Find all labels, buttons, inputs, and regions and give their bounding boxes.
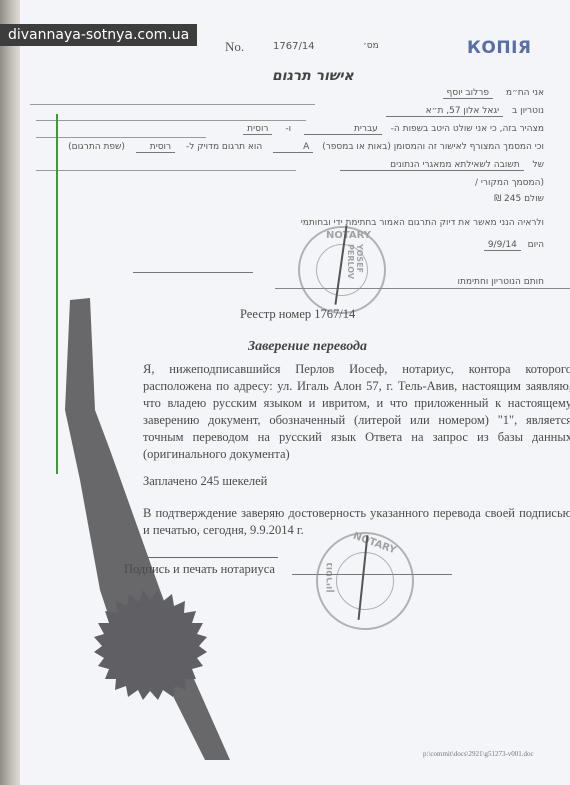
- form-row-name: אני הח״מ פרלוב יוסף: [304, 88, 544, 98]
- document-page: No. 1767/14 מס׳ КОПІЯ אישור תרגום אני הח…: [20, 0, 570, 785]
- signature-line-left: [133, 272, 253, 273]
- form-line: [36, 170, 296, 171]
- register-number: Реестр номер 1767/14: [240, 306, 355, 323]
- stamp-notary-text: NOTARY: [326, 230, 371, 241]
- form-line: [30, 104, 315, 105]
- target-language-hint: (שפת התרגום): [68, 142, 125, 152]
- of-label: של: [533, 160, 545, 170]
- number-label: No.: [225, 39, 244, 55]
- paid-amount-hebrew: שולם 245 ₪: [494, 194, 544, 204]
- signature-line: [124, 557, 278, 558]
- address-label: נוטריון ב: [512, 106, 544, 116]
- form-row-document: וכי המסמך המצורף לאישור זה והמסומן (באות…: [24, 142, 544, 152]
- document-label: וכי המסמך המצורף לאישור זה והמסומן (באות…: [322, 142, 544, 152]
- watermark-label: divannaya-sotnya.com.ua: [0, 24, 197, 46]
- russian-title: Заверение перевода: [248, 339, 367, 355]
- certification-paragraph: Я, нижеподписавшийся Перлов Иосеф, нотар…: [143, 361, 570, 463]
- number-hebrew-label: מס׳: [363, 41, 379, 51]
- number-value: 1767/14: [273, 41, 315, 52]
- notary-name: פרלוב יוסף: [443, 88, 493, 99]
- scan-left-edge: [0, 0, 22, 785]
- stamp-name-en: YOSEF PERLOV: [346, 244, 364, 302]
- form-row-languages: מצהיר בזה, כי אני שולט היטב בשפות ה- עבר…: [24, 124, 544, 134]
- form-line: [36, 137, 206, 138]
- document-mark: A: [273, 142, 313, 153]
- hebrew-title: אישור תרגום: [272, 68, 354, 84]
- language-1: עברית: [304, 124, 382, 135]
- notary-stamp: NOTARY YOSEF PERLOV: [298, 226, 386, 314]
- notary-seal-signature-label: חותם הנוטריון וחתימתו: [458, 277, 544, 287]
- file-path: p:\commit\docs\2921\g51273-v001.doc: [423, 750, 534, 758]
- date-value: 9/9/14: [484, 240, 521, 251]
- date-row-hebrew: היום 9/9/14: [484, 240, 544, 250]
- languages-label: מצהיר בזה, כי אני שולט היטב בשפות ה-: [391, 124, 544, 134]
- language-2: רוסית: [243, 124, 272, 135]
- original-document-note: (המסמך המקורי /: [475, 178, 544, 188]
- form-row-of: של תשובה לשאילתא ממאגרי הנתונים: [244, 160, 544, 170]
- notary-signature-label: Подпись и печать нотариуса: [124, 561, 275, 578]
- document-description: תשובה לשאילתא ממאגרי הנתונים: [340, 160, 523, 171]
- form-row-address: נוטריון ב יגאל אלון 57, ת״א: [244, 106, 544, 116]
- name-label: אני הח״מ: [506, 88, 544, 98]
- stamp-hebrew-text: נוטריון: [324, 562, 335, 593]
- accurate-translation-label: הוא תרגום מדויק ל-: [186, 142, 262, 152]
- date-label: היום: [528, 240, 544, 250]
- target-language: רוסית: [136, 142, 175, 153]
- paid-amount: Заплачено 245 шекелей: [143, 473, 267, 490]
- connector: ו-: [285, 124, 291, 134]
- notary-address: יגאל אלון 57, ת״א: [386, 106, 504, 117]
- form-line: [36, 120, 306, 121]
- copy-stamp: КОПІЯ: [467, 38, 532, 58]
